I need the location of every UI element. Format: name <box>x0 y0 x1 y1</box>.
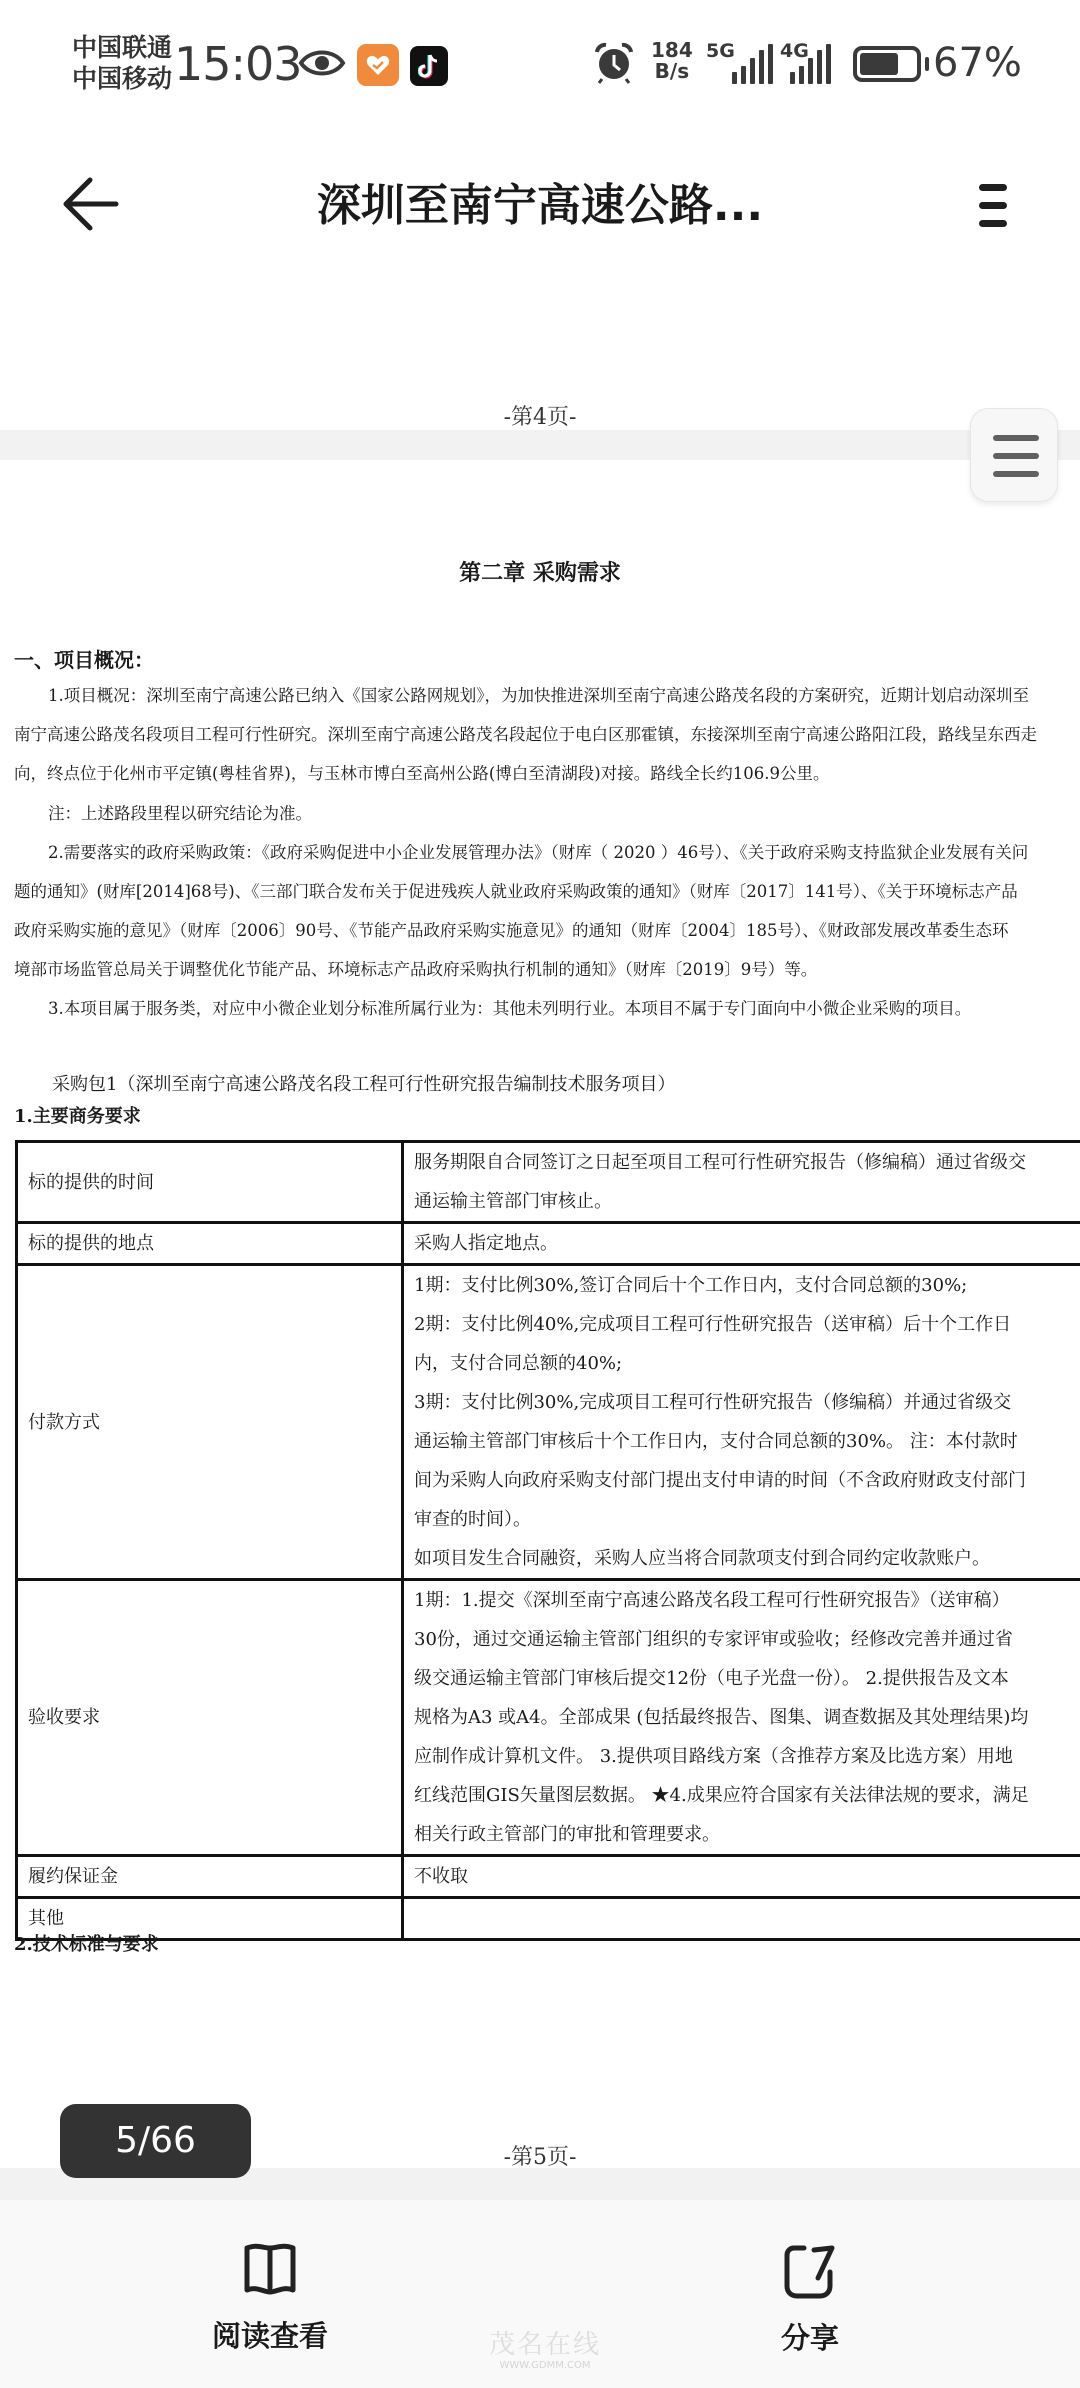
page-counter: 5/66 <box>60 2104 251 2178</box>
carrier-1: 中国联通 <box>72 32 172 63</box>
paragraph-note: 注：上述路段里程以研究结论为准。 <box>14 794 1080 833</box>
row-value: 服务期限自合同签订之日起至项目工程可行性研究报告（修编稿）通过省级交 通运输主管… <box>403 1142 1080 1223</box>
row-value <box>403 1898 1080 1940</box>
read-view-button[interactable]: 阅读查看 <box>170 2242 370 2355</box>
table-row: 其他 <box>17 1898 1080 1940</box>
alarm-icon <box>594 42 634 84</box>
app-header: 深圳至南宁高速公路... <box>0 140 1080 270</box>
menu-button[interactable] <box>975 180 1015 230</box>
table-row: 履约保证金 不收取 <box>17 1856 1080 1898</box>
section-title: 一、项目概况： <box>14 644 154 673</box>
share-button[interactable]: 分享 <box>710 2242 910 2357</box>
back-button[interactable] <box>60 176 130 236</box>
package-title: 采购包1（深圳至南宁高速公路茂名段工程可行性研究报告编制技术服务项目） <box>52 1070 675 1096</box>
row-key: 付款方式 <box>17 1265 403 1580</box>
network-speed: 184 B/s <box>651 40 693 82</box>
business-requirements-title: 1.主要商务要求 <box>14 1102 141 1128</box>
floating-menu-button[interactable] <box>970 408 1058 502</box>
chapter-title: 第二章 采购需求 <box>0 556 1080 587</box>
row-value: 不收取 <box>403 1856 1080 1898</box>
eye-icon <box>298 46 346 80</box>
battery-percent: 67% <box>933 38 1022 88</box>
business-requirements-table: 标的提供的时间 服务期限自合同签订之日起至项目工程可行性研究报告（修编稿）通过省… <box>15 1140 1080 1941</box>
table-row: 验收要求 1期：1.提交《深圳至南宁高速公路茂名段工程可行性研究报告》（送审稿）… <box>17 1580 1080 1856</box>
share-label: 分享 <box>710 2316 910 2357</box>
paragraph-project-overview: 1.项目概况：深圳至南宁高速公路已纳入《国家公路网规划》，为加快推进深圳至南宁高… <box>14 676 1080 793</box>
row-key: 标的提供的地点 <box>17 1223 403 1265</box>
arrow-left-icon <box>60 176 120 232</box>
row-key: 验收要求 <box>17 1580 403 1856</box>
menu-icon <box>979 184 1007 191</box>
carrier-2: 中国移动 <box>72 63 172 94</box>
table-row: 标的提供的时间 服务期限自合同签订之日起至项目工程可行性研究报告（修编稿）通过省… <box>17 1142 1080 1223</box>
technical-requirements-title: 2.技术标准与要求 <box>14 1930 159 1956</box>
row-value: 采购人指定地点。 <box>403 1223 1080 1265</box>
book-open-icon <box>239 2242 301 2298</box>
watermark: 茂名在线 WWW.GDMM.COM <box>440 2330 650 2380</box>
tiktok-app-icon <box>410 46 448 86</box>
status-bar: 中国联通 中国移动 15:03 184 B/s 5G 4G 67% <box>0 0 1080 115</box>
table-row: 标的提供的地点 采购人指定地点。 <box>17 1223 1080 1265</box>
row-value: 1期：支付比例30%,签订合同后十个工作日内，支付合同总额的30%; 2期：支付… <box>403 1265 1080 1580</box>
hamburger-icon <box>993 435 1039 441</box>
row-key: 履约保证金 <box>17 1856 403 1898</box>
paragraph-service-category: 3.本项目属于服务类，对应中小微企业划分标准所属行业为：其他未列明行业。本项目不… <box>14 989 1080 1028</box>
battery-icon <box>853 46 921 82</box>
prev-page-label: -第4页- <box>0 400 1080 431</box>
document-title: 深圳至南宁高速公路... <box>200 178 880 234</box>
row-key: 标的提供的时间 <box>17 1142 403 1223</box>
read-view-label: 阅读查看 <box>170 2314 370 2355</box>
carrier-names: 中国联通 中国移动 <box>72 32 172 94</box>
clock: 15:03 <box>174 36 302 92</box>
table-row: 付款方式 1期：支付比例30%,签订合同后十个工作日内，支付合同总额的30%; … <box>17 1265 1080 1580</box>
share-icon <box>780 2242 840 2300</box>
document-page: 第二章 采购需求 一、项目概况： 1.项目概况：深圳至南宁高速公路已纳入《国家公… <box>0 460 1080 2168</box>
battery-tip <box>925 57 929 71</box>
health-app-icon <box>357 44 399 86</box>
row-value: 1期：1.提交《深圳至南宁高速公路茂名段工程可行性研究报告》（送审稿） 30份，… <box>403 1580 1080 1856</box>
page-gap <box>0 430 1080 460</box>
paragraph-policies: 2.需要落实的政府采购政策：《政府采购促进中小企业发展管理办法》（财库（ 202… <box>14 833 1080 989</box>
